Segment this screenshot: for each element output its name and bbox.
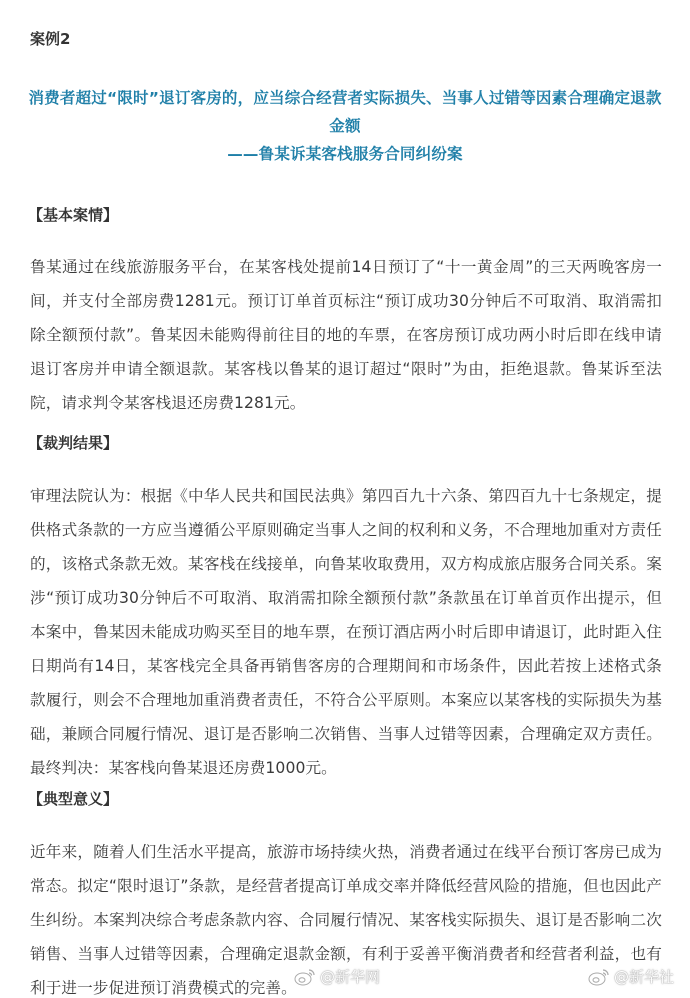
watermark-text: @新华社 <box>614 966 674 987</box>
section-body-judgment: 审理法院认为：根据《中华人民共和国民法典》第四百九十六条、第四百九十七条规定，提… <box>30 479 662 785</box>
case-title-line2: 金额 <box>20 114 670 136</box>
section-heading-significance: 【典型意义】 <box>28 788 118 809</box>
watermark-text: @新华网 <box>320 966 380 987</box>
watermark-xinhuanet: @新华网 <box>294 966 380 987</box>
section-heading-judgment: 【裁判结果】 <box>28 432 118 453</box>
weibo-icon <box>294 968 316 986</box>
section-body-basic-facts: 鲁某通过在线旅游服务平台，在某客栈处提前14日预订了“十一黄金周”的三天两晚客房… <box>30 250 662 420</box>
case-title-line1: 消费者超过“限时”退订客房的，应当综合经营者实际损失、当事人过错等因素合理确定退… <box>20 86 670 108</box>
watermark-xinhua-agency: @新华社 <box>588 966 674 987</box>
weibo-icon <box>588 968 610 986</box>
section-heading-basic-facts: 【基本案情】 <box>28 204 118 225</box>
case-subtitle: ——鲁某诉某客栈服务合同纠纷案 <box>20 142 670 164</box>
case-label: 案例2 <box>30 28 70 49</box>
